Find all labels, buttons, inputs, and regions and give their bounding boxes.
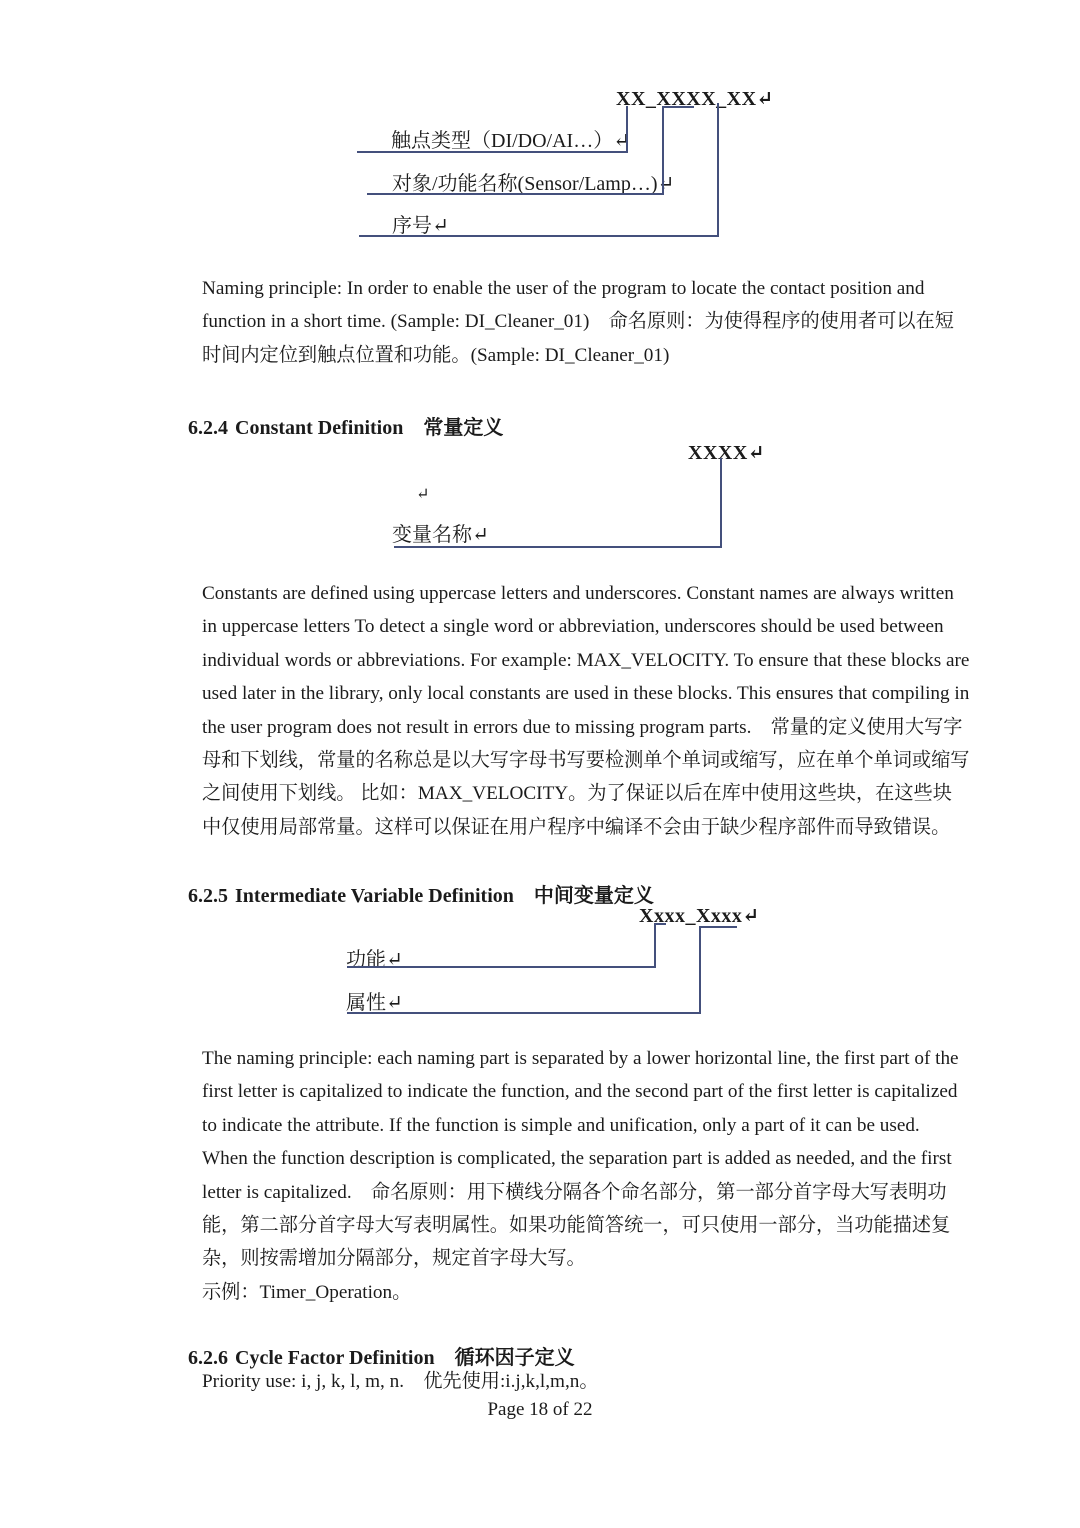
function-underline [347,966,656,968]
text-line: letter is capitalized. 命名原则：用下横线分隔各个命名部分… [202,1176,1007,1209]
text-line: 时间内定位到触点位置和功能。(Sample: DI_Cleaner_01) [202,339,1002,372]
contact-object-label: 对象/功能名称(Sensor/Lamp…)↵ [392,167,674,196]
text-line: 中仅使用局部常量。这样可以保证在用户程序中编译不会由于缺少程序部件而导致错误。 [202,811,1007,844]
document-page: XX_XXXX_XX↵ 触点类型（DI/DO/AI…）↵ 对象/功能名称(Sen… [0,0,1080,1528]
section-title: Constant Definition 常量定义 [235,417,503,439]
contact-pattern-text: XX_XXXX_XX↵ [616,86,774,111]
attribute-label: 属性↵ [346,986,403,1015]
text-line: Constants are defined using uppercase le… [202,577,1007,610]
contact-object-connector-stub [662,106,694,108]
section-heading-6-2-5: 6.2.5Intermediate Variable Definition 中间… [168,856,654,931]
attribute-connector-line [699,926,701,1014]
attribute-underline [347,1012,701,1014]
section-title: Intermediate Variable Definition 中间变量定义 [235,885,654,907]
constant-variable-label: 变量名称↵ [392,518,489,547]
text-line: used later in the library, only local co… [202,677,1007,710]
text-line: 母和下划线，常量的名称总是以大写字母书写要检测单个单词或缩写，应在单个单词或缩写 [202,744,1007,777]
text-line: When the function description is complic… [202,1142,1007,1175]
contact-serial-label: 序号↵ [392,209,449,238]
text-line: first letter is capitalized to indicate … [202,1075,1007,1108]
text-line: 之间使用下划线。 比如：MAX_VELOCITY。为了保证以后在库中使用这些块，… [202,777,1007,810]
text-line: to indicate the attribute. If the functi… [202,1109,1007,1142]
contact-type-connector-line [626,106,628,153]
priority-use-line: Priority use: i, j, k, l, m, n. 优先使用:i.j… [202,1365,1007,1398]
function-connector-stub [654,923,666,925]
text-line: individual words or abbreviations. For e… [202,644,1007,677]
constant-variable-underline [394,546,722,548]
contact-object-connector-line [662,106,664,195]
text-line: Naming principle: In order to enable the… [202,272,1002,305]
paragraph-intermediate-principle: The naming principle: each naming part i… [202,1042,1007,1309]
text-line: in uppercase letters To detect a single … [202,610,1007,643]
section-number: 6.2.4 [188,417,235,440]
paragraph-mark: ↵ [416,484,429,504]
function-connector-line [654,923,656,968]
contact-serial-connector-line [717,103,719,237]
text-line: 示例：Timer_Operation。 [202,1276,1007,1309]
contact-type-label: 触点类型（DI/DO/AI…）↵ [391,124,630,153]
constant-pattern-text: XXXX↵ [688,440,765,465]
text-line: function in a short time. (Sample: DI_Cl… [202,305,1002,338]
section-number: 6.2.5 [188,885,235,908]
constant-connector-line [720,458,722,548]
paragraph-constants: Constants are defined using uppercase le… [202,577,1007,844]
contact-object-underline [367,193,664,195]
text-line: 能，第二部分首字母大写表明属性。如果功能简答统一，可只使用一部分，当功能描述复 [202,1209,1007,1242]
text-line: The naming principle: each naming part i… [202,1042,1007,1075]
page-footer: Page 18 of 22 [0,1399,1080,1421]
contact-type-underline [357,151,628,153]
section-heading-6-2-4: 6.2.4Constant Definition 常量定义 [168,388,503,463]
attribute-connector-stub [699,926,737,928]
text-line: 杂，则按需增加分隔部分，规定首字母大写。 [202,1242,1007,1275]
paragraph-naming-principle: Naming principle: In order to enable the… [202,272,1002,372]
text-line: the user program does not result in erro… [202,711,1007,744]
contact-serial-underline [359,235,719,237]
